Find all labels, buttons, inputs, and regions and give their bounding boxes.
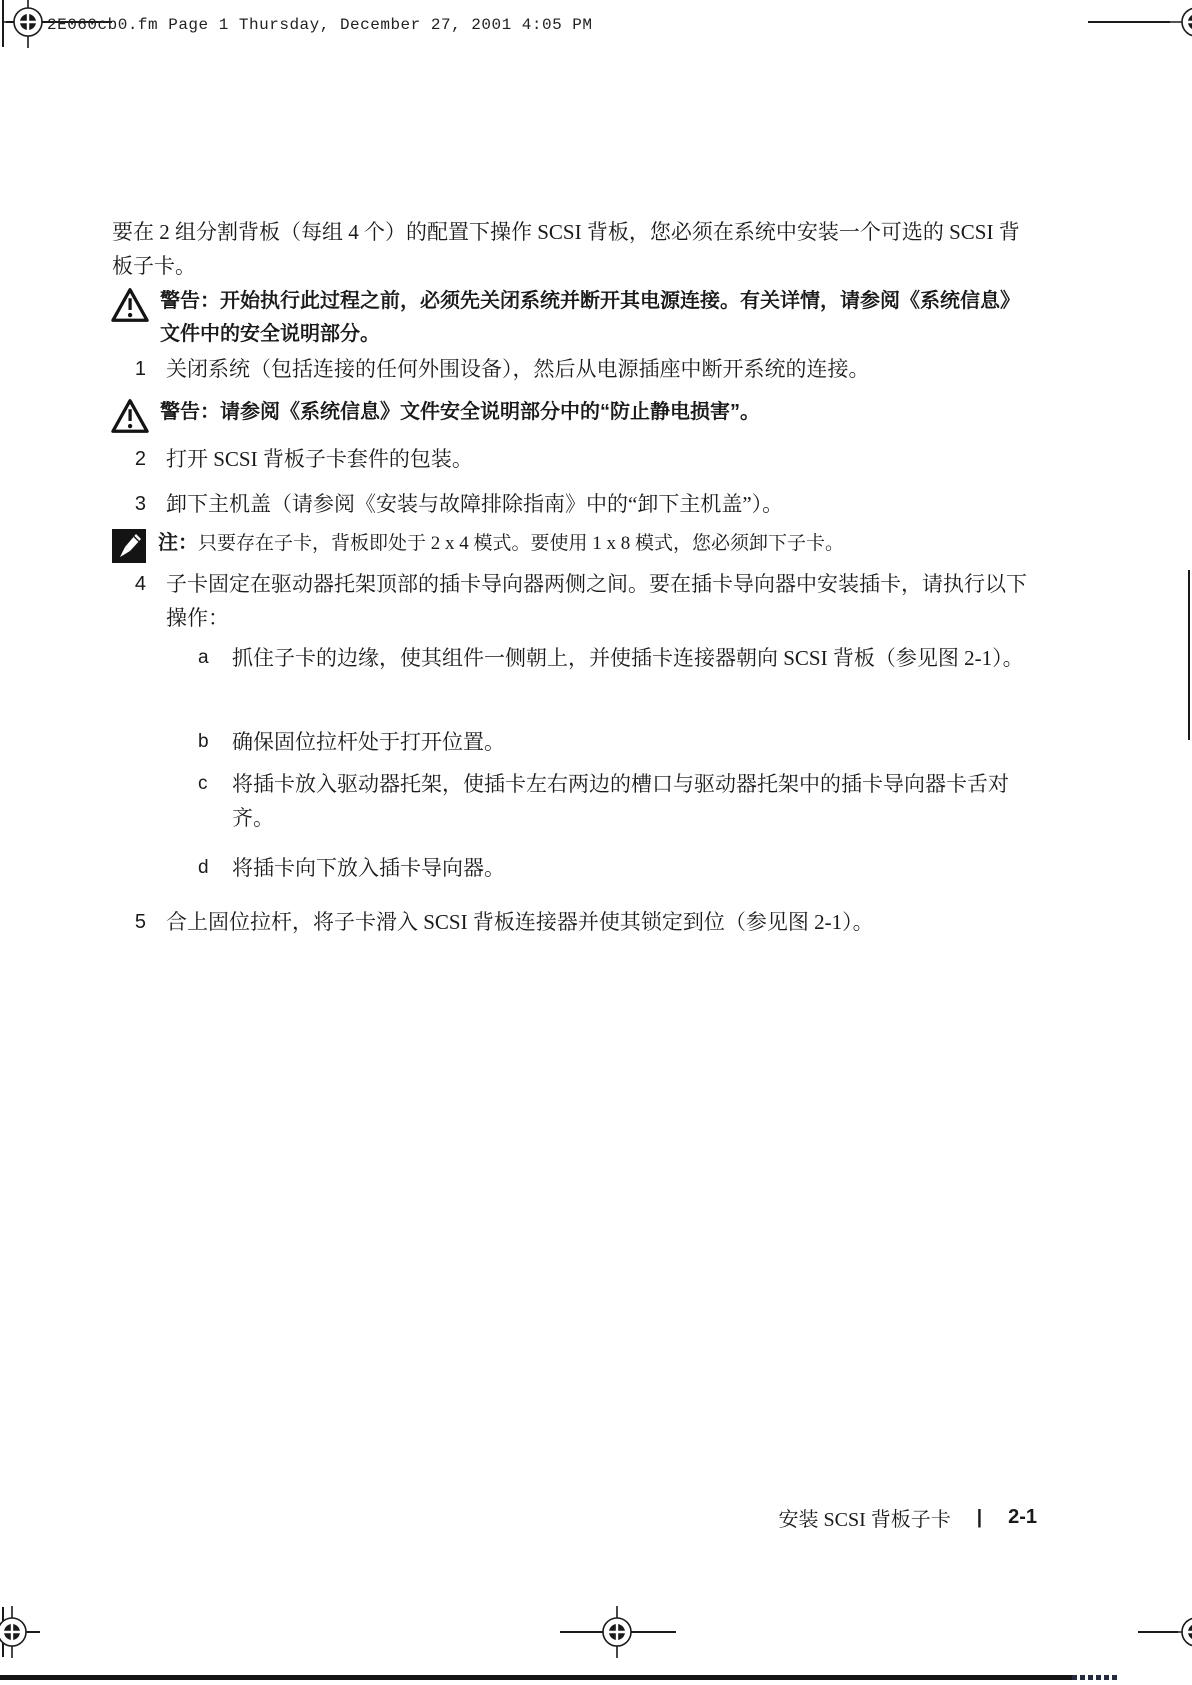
step-text: 合上固位拉杆，将子卡滑入 SCSI 背板连接器并使其锁定到位（参见图 2-1）。 (166, 905, 1037, 939)
substep-letter: c (198, 767, 214, 801)
registration-mark-icon (589, 1604, 645, 1660)
step-4: 4 子卡固定在驱动器托架顶部的插卡导向器两侧之间。要在插卡导向器中安装插卡，请执… (112, 567, 1037, 635)
substep-text: 抓住子卡的边缘，使其组件一侧朝上，并使插卡连接器朝向 SCSI 背板（参见图 2… (232, 641, 1032, 675)
trim-line-right (1188, 570, 1190, 740)
registration-mark-icon (0, 1604, 40, 1660)
substep-c: c 将插卡放入驱动器托架，使插卡左右两边的槽口与驱动器托架中的插卡导向器卡舌对齐… (198, 767, 1038, 835)
footer-page-number: 2-1 (1008, 1506, 1037, 1529)
warning-triangle-icon (110, 285, 154, 328)
substep-b: b 确保固位拉杆处于打开位置。 (198, 725, 1038, 759)
warning-block-esd: 警告：请参阅《系统信息》文件安全说明部分中的“防止静电损害”。 (110, 396, 1038, 439)
document-page: 2E060cb0.fm Page 1 Thursday, December 27… (0, 0, 1192, 1685)
registration-mark-icon (1168, 0, 1192, 50)
step-1: 1 关闭系统（包括连接的任何外围设备），然后从电源插座中断开系统的连接。 (112, 352, 1037, 386)
step-number: 5 (112, 905, 152, 939)
registration-mark-icon (1168, 1604, 1192, 1660)
note-text: 注：只要存在子卡，背板即处于 2 x 4 模式。要使用 1 x 8 模式，您必须… (158, 528, 1018, 559)
substep-d: d 将插卡向下放入插卡导向器。 (198, 851, 1038, 885)
warning-text: 警告：开始执行此过程之前，必须先关闭系统并断开其电源连接。有关详情，请参阅《系统… (160, 285, 1033, 351)
warning-block-power: 警告：开始执行此过程之前，必须先关闭系统并断开其电源连接。有关详情，请参阅《系统… (110, 285, 1038, 351)
step-number: 3 (112, 487, 152, 521)
intro-paragraph: 要在 2 组分割背板（每组 4 个）的配置下操作 SCSI 背板，您必须在系统中… (112, 215, 1037, 283)
press-color-strip (1072, 1675, 1120, 1680)
step-text: 关闭系统（包括连接的任何外围设备），然后从电源插座中断开系统的连接。 (166, 352, 1037, 386)
step-number: 1 (112, 352, 152, 386)
substep-letter: a (198, 641, 214, 675)
substep-text: 将插卡放入驱动器托架，使插卡左右两边的槽口与驱动器托架中的插卡导向器卡舌对齐。 (232, 767, 1032, 835)
step-3: 3 卸下主机盖（请参阅《安装与故障排除指南》中的“卸下主机盖”）。 (112, 487, 1037, 521)
registration-crosshair-line (1088, 21, 1170, 23)
step-2: 2 打开 SCSI 背板子卡套件的包装。 (112, 442, 1037, 476)
note-pencil-icon (112, 528, 146, 568)
step-number: 4 (112, 567, 152, 601)
press-sheet-edge-bar (0, 1675, 1072, 1680)
note-block: 注：只要存在子卡，背板即处于 2 x 4 模式。要使用 1 x 8 模式，您必须… (112, 528, 1037, 568)
step-text: 卸下主机盖（请参阅《安装与故障排除指南》中的“卸下主机盖”）。 (166, 487, 1037, 521)
step-number: 2 (112, 442, 152, 476)
warning-label: 警告： (160, 401, 220, 423)
step-5: 5 合上固位拉杆，将子卡滑入 SCSI 背板连接器并使其锁定到位（参见图 2-1… (112, 905, 1037, 939)
warning-label: 警告： (160, 290, 220, 312)
footer-separator: | (977, 1507, 982, 1529)
substep-text: 确保固位拉杆处于打开位置。 (232, 725, 1032, 759)
substep-letter: b (198, 725, 214, 759)
substep-a: a 抓住子卡的边缘，使其组件一侧朝上，并使插卡连接器朝向 SCSI 背板（参见图… (198, 641, 1038, 675)
footer-chapter-title: 安装 SCSI 背板子卡 (779, 1503, 951, 1532)
warning-text: 警告：请参阅《系统信息》文件安全说明部分中的“防止静电损害”。 (160, 396, 1033, 429)
substep-letter: d (198, 851, 214, 885)
warning-triangle-icon (110, 396, 154, 439)
page-footer: 安装 SCSI 背板子卡 | 2-1 (779, 1503, 1037, 1532)
file-stamp-header: 2E060cb0.fm Page 1 Thursday, December 27… (47, 16, 592, 34)
step-text: 子卡固定在驱动器托架顶部的插卡导向器两侧之间。要在插卡导向器中安装插卡，请执行以… (166, 567, 1037, 635)
note-label: 注： (158, 532, 198, 554)
substep-text: 将插卡向下放入插卡导向器。 (232, 851, 1032, 885)
step-text: 打开 SCSI 背板子卡套件的包装。 (166, 442, 1037, 476)
